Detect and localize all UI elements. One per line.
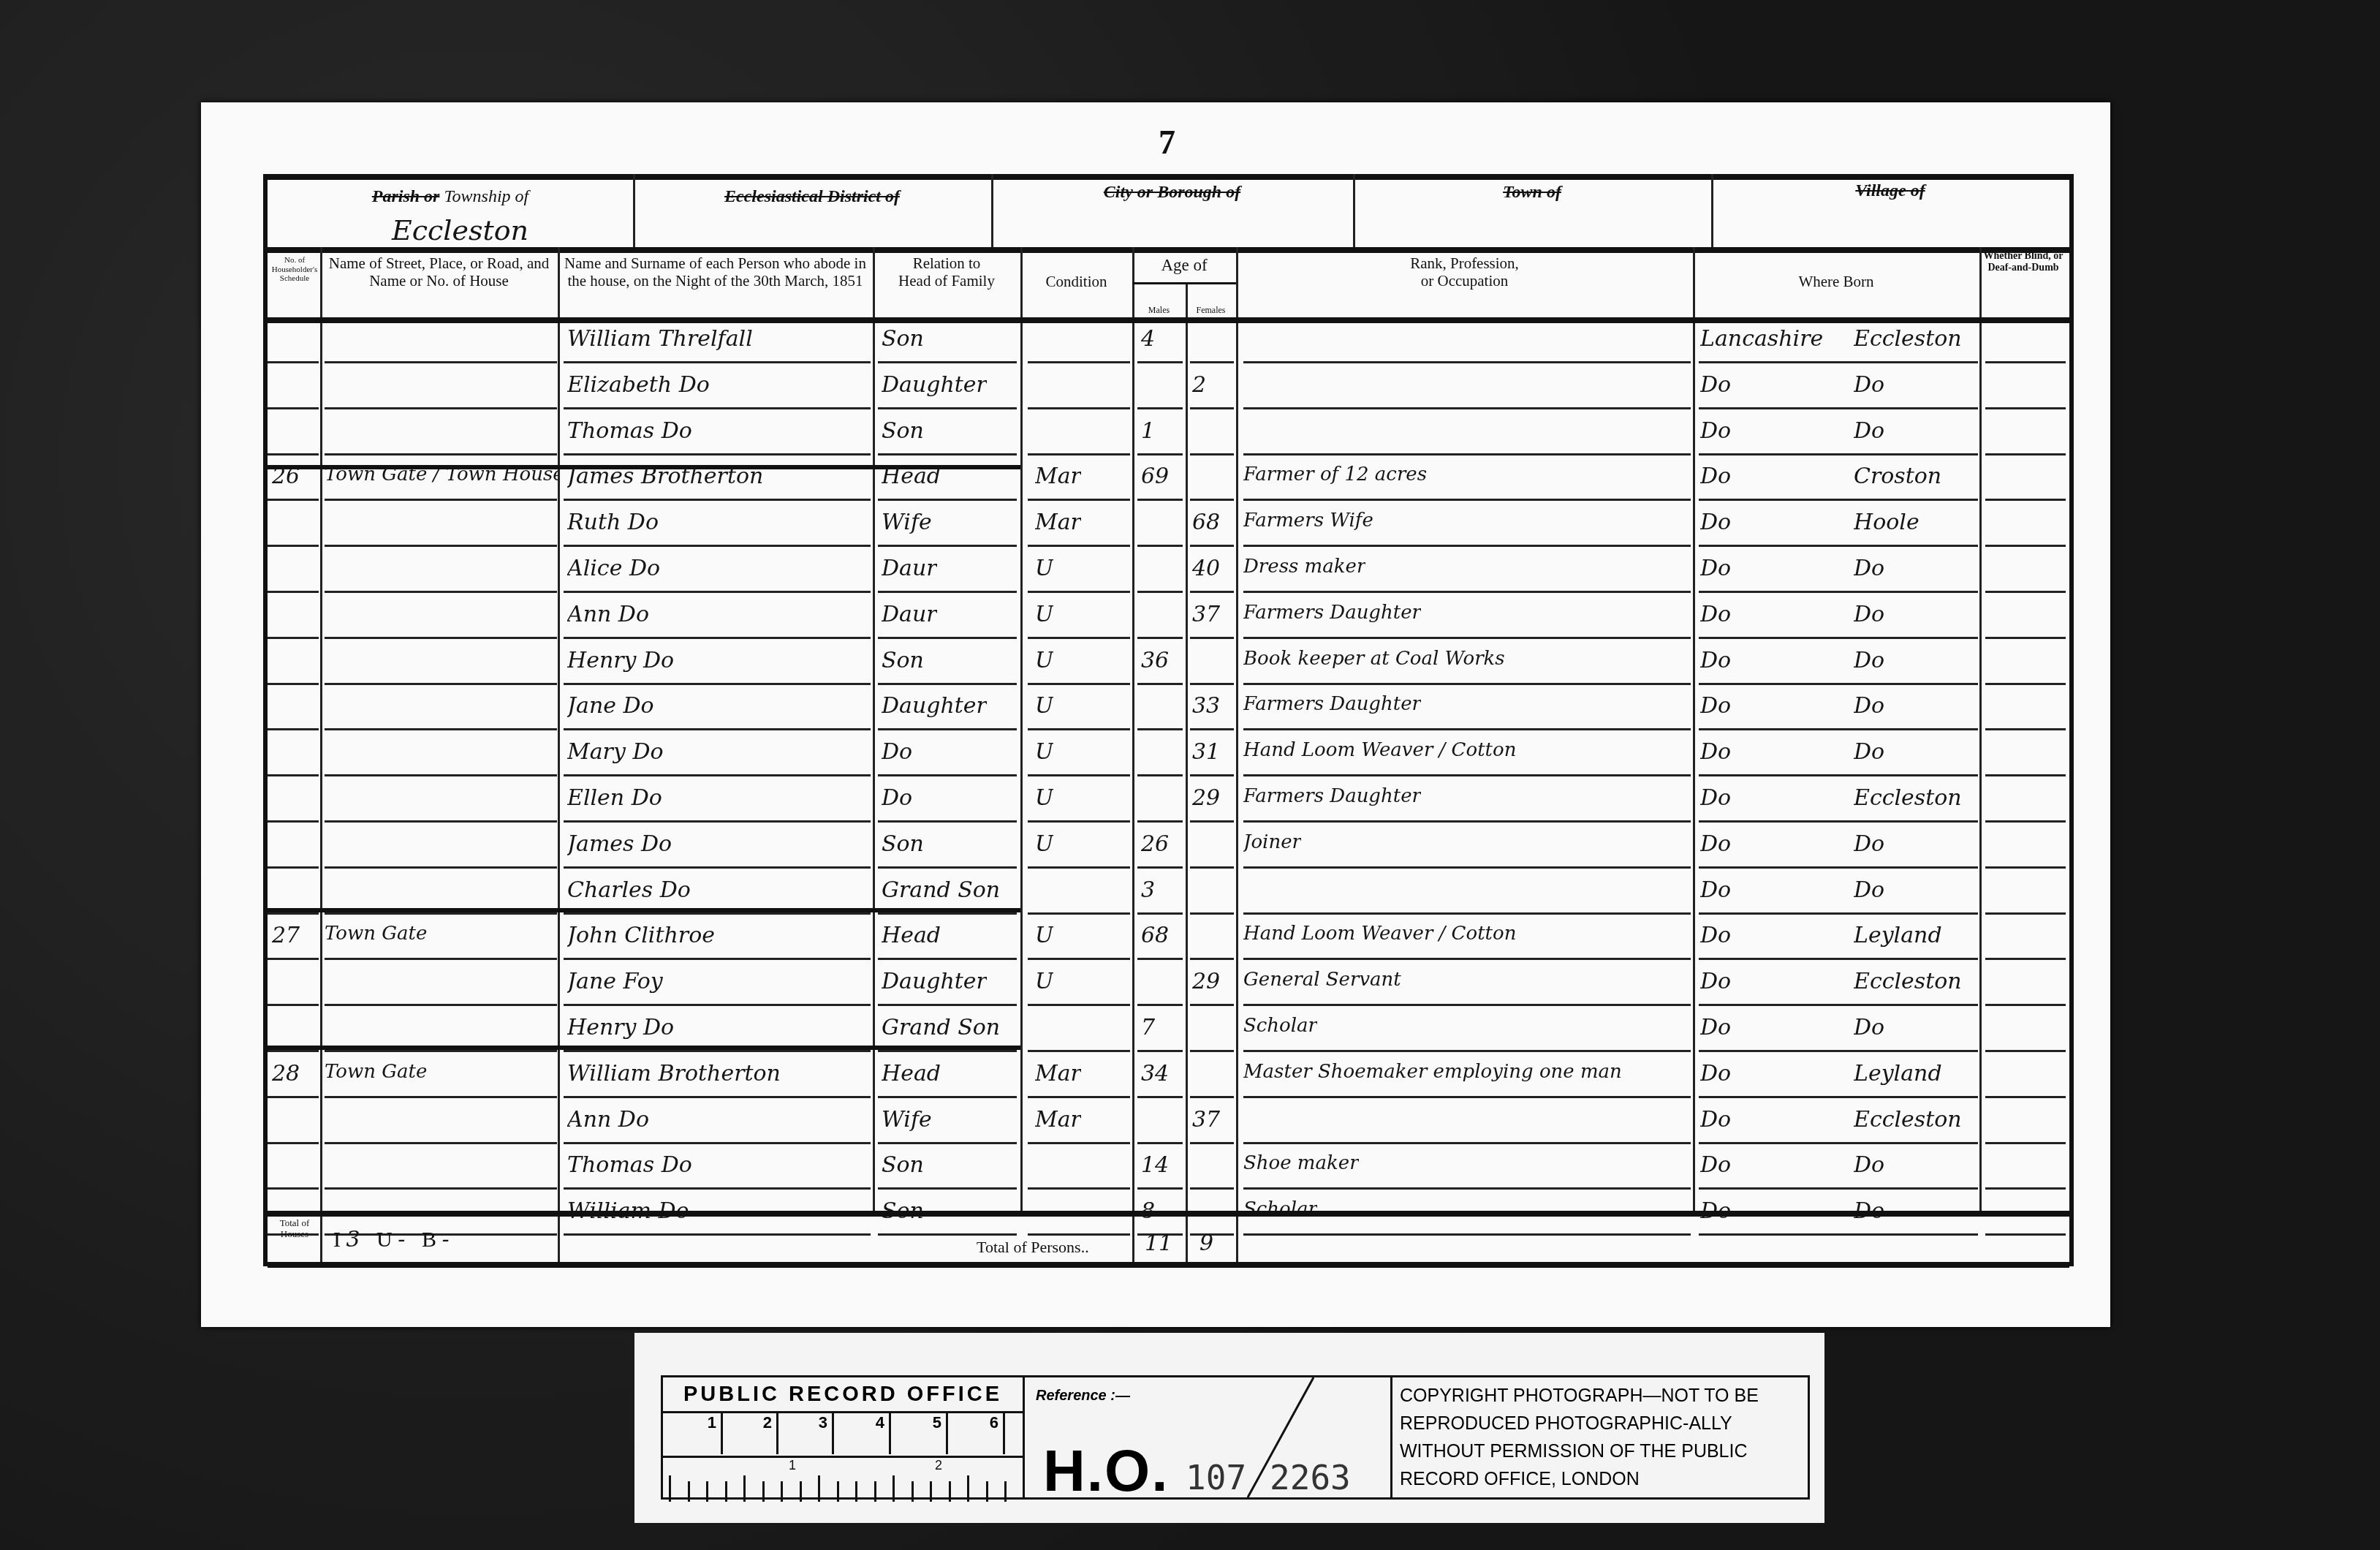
row-rule <box>325 407 557 409</box>
row-rule <box>1985 912 2066 915</box>
row-rule <box>325 912 557 915</box>
row-rule <box>878 820 1017 823</box>
cell-occupation: Hand Loom Weaver / Cotton <box>1243 739 1516 761</box>
divider <box>633 174 635 247</box>
ruler-mark: 6 <box>948 1413 1005 1454</box>
row-rule <box>1699 1050 1978 1052</box>
cell-relation: Son <box>882 326 924 352</box>
row-rule <box>1243 1233 1691 1236</box>
cell-relation: Wife <box>882 510 932 535</box>
cell-born-county: Do <box>1700 785 1731 811</box>
table-row: Henry DoGrand Son7ScholarDoDo <box>268 1009 2069 1054</box>
cell-street: Town Gate <box>325 923 427 945</box>
cell-name: Thomas Do <box>567 1152 692 1178</box>
table-row: Charles DoGrand Son3DoDo <box>268 872 2069 917</box>
ruler-tick <box>874 1481 876 1502</box>
cell-born-place: Do <box>1854 1152 1884 1178</box>
page-number: 7 <box>1159 123 1175 162</box>
table-row: Alice DoDaurU40Dress makerDoDo <box>268 550 2069 595</box>
row-rule <box>1137 591 1183 593</box>
cell-name: Ann Do <box>567 602 649 627</box>
row-rule <box>1699 774 1978 776</box>
row-rule <box>878 1096 1017 1098</box>
row-rule <box>1028 453 1130 455</box>
ruler-tick <box>781 1481 783 1502</box>
row-rule <box>1028 637 1130 639</box>
cell-occupation: Book keeper at Coal Works <box>1243 648 1505 670</box>
uninhabited-count: - <box>398 1227 405 1252</box>
cell-born-county: Do <box>1700 969 1731 994</box>
inhabited-prefix: I <box>333 1228 341 1252</box>
row-rule <box>268 453 319 455</box>
cell-occupation: Scholar <box>1243 1015 1317 1037</box>
cell-occupation: Master Shoemaker employing one man <box>1243 1061 1622 1083</box>
cell-born-county: Do <box>1700 877 1731 903</box>
row-rule <box>1243 683 1691 685</box>
cell-name: James Brotherton <box>567 464 763 489</box>
row-rule <box>564 1142 871 1144</box>
row-rule <box>878 1233 1017 1236</box>
ruler-tick <box>855 1481 857 1502</box>
row-rule <box>1028 958 1130 960</box>
cell-relation: Grand Son <box>882 1015 1000 1040</box>
cell-condition: Mar <box>1035 1061 1081 1086</box>
table-row: Henry DoSonU36Book keeper at Coal WorksD… <box>268 642 2069 687</box>
header-name: Name and Surname of each Person who abod… <box>558 254 873 290</box>
cell-name: William Threlfall <box>567 326 753 352</box>
cell-schedule: 27 <box>272 923 300 948</box>
table-row: James DoSonU26JoinerDoDo <box>268 825 2069 871</box>
cell-condition: U <box>1035 648 1053 673</box>
row-rule <box>1137 361 1183 363</box>
row-rule <box>1699 1187 1978 1190</box>
cell-born-place: Croston <box>1854 464 1941 489</box>
cell-condition: U <box>1035 923 1053 948</box>
row-rule <box>268 361 319 363</box>
row-rule <box>268 820 319 823</box>
header-born: Where Born <box>1693 273 1979 290</box>
total-females: 9 <box>1200 1230 1213 1256</box>
total-houses-label: Total of Houses <box>269 1218 320 1240</box>
cell-female-age: 37 <box>1192 1107 1220 1133</box>
row-rule <box>1243 407 1691 409</box>
row-rule <box>564 728 871 730</box>
cell-name: Henry Do <box>567 648 674 673</box>
row-rule <box>564 866 871 869</box>
row-rule <box>1699 958 1978 960</box>
cell-name: Elizabeth Do <box>567 372 710 398</box>
ruler-tick <box>892 1475 895 1502</box>
row-rule <box>1243 545 1691 547</box>
cell-schedule: 28 <box>272 1061 300 1086</box>
row-rule <box>1699 1142 1978 1144</box>
cell-condition: U <box>1035 693 1053 719</box>
cell-relation: Daughter <box>882 372 987 398</box>
cell-condition: U <box>1035 969 1053 994</box>
row-rule <box>1137 728 1183 730</box>
reference-piece: 2263 <box>1270 1458 1351 1497</box>
table-row: Thomas DoSon14Shoe makerDoDo <box>268 1146 2069 1192</box>
cell-relation: Daughter <box>882 693 987 719</box>
reference-label: Reference :— <box>1036 1388 1130 1405</box>
row-rule <box>1985 1233 2066 1236</box>
row-rule <box>878 728 1017 730</box>
cell-name: Jane Do <box>567 693 654 719</box>
row-rule <box>1985 683 2066 685</box>
cell-condition: U <box>1035 739 1053 765</box>
cell-female-age: 31 <box>1192 739 1220 765</box>
row-rule <box>1243 774 1691 776</box>
row-rule <box>325 1050 557 1052</box>
row-rule <box>564 545 871 547</box>
cell-born-place: Do <box>1854 1015 1884 1040</box>
row-rule <box>1028 1142 1130 1144</box>
cell-male-age: 4 <box>1141 326 1155 352</box>
row-rule <box>1190 1142 1234 1144</box>
cell-name: Henry Do <box>567 1015 674 1040</box>
header-street: Name of Street, Place, or Road, and Name… <box>320 254 558 290</box>
table-row: Ann DoDaurU37Farmers DaughterDoDo <box>268 596 2069 641</box>
ruler-tick <box>930 1481 932 1502</box>
cell-born-county: Do <box>1700 1015 1731 1040</box>
ecclesiastical-label: Ecclesiastical District of <box>633 187 991 208</box>
cell-male-age: 14 <box>1141 1152 1169 1178</box>
row-rule <box>1699 453 1978 455</box>
cell-male-age: 26 <box>1141 831 1169 857</box>
row-rule <box>1028 728 1130 730</box>
row-rule <box>1190 545 1234 547</box>
ruler-tick <box>967 1475 969 1502</box>
row-rule <box>1243 1187 1691 1190</box>
row-rule <box>1699 1096 1978 1098</box>
cell-condition: U <box>1035 602 1053 627</box>
copyright-notice: COPYRIGHT PHOTOGRAPH—NOT TO BE REPRODUCE… <box>1390 1377 1808 1497</box>
row-rule <box>878 453 1017 455</box>
cell-relation: Daur <box>882 602 937 627</box>
row-rule <box>1243 1004 1691 1006</box>
row-rule <box>1985 1187 2066 1190</box>
table-row: Mary DoDoU31Hand Loom Weaver / CottonDoD… <box>268 733 2069 779</box>
header-blind: Whether Blind, or Deaf-and-Dumb <box>1979 251 2067 274</box>
cell-male-age: 3 <box>1141 877 1155 903</box>
ruler-tick <box>912 1481 914 1502</box>
row-rule <box>1243 499 1691 501</box>
cell-name: Ellen Do <box>567 785 662 811</box>
row-rule <box>1137 1187 1183 1190</box>
row-rule <box>564 1096 871 1098</box>
row-rule <box>564 912 871 915</box>
row-rule <box>1137 1050 1183 1052</box>
row-rule <box>1137 774 1183 776</box>
cell-name: Thomas Do <box>567 418 692 444</box>
ruler-mark: 1 <box>663 1413 723 1454</box>
cell-born-county: Do <box>1700 831 1731 857</box>
cell-relation: Wife <box>882 1107 932 1133</box>
inch-mark: 2 <box>935 1458 942 1473</box>
cell-male-age: 68 <box>1141 923 1169 948</box>
cell-name: Charles Do <box>567 877 691 903</box>
cell-female-age: 40 <box>1192 556 1220 581</box>
parish-label: Parish or Township of <box>268 187 633 208</box>
cell-born-place: Eccleston <box>1854 969 1962 994</box>
cell-condition: Mar <box>1035 1107 1081 1133</box>
cell-schedule: 26 <box>272 464 300 489</box>
row-rule <box>1243 958 1691 960</box>
row-rule <box>1243 728 1691 730</box>
cell-occupation: Farmers Daughter <box>1243 785 1421 807</box>
cell-born-place: Do <box>1854 877 1884 903</box>
row-rule <box>1028 1096 1130 1098</box>
row-rule <box>878 637 1017 639</box>
row-rule <box>268 774 319 776</box>
cell-born-county: Do <box>1700 739 1731 765</box>
row-rule <box>268 545 319 547</box>
row-rule <box>564 637 871 639</box>
row-rule <box>878 912 1017 915</box>
cell-born-county: Lancashire <box>1700 326 1823 352</box>
row-rule <box>1985 1142 2066 1144</box>
cell-born-county: Do <box>1700 923 1731 948</box>
row-rule <box>1028 912 1130 915</box>
cell-name: Ruth Do <box>567 510 659 535</box>
cell-born-place: Do <box>1854 648 1884 673</box>
cell-female-age: 29 <box>1192 785 1220 811</box>
row-rule <box>1028 361 1130 363</box>
row-rule <box>325 1187 557 1190</box>
row-rule <box>1190 1187 1234 1190</box>
row-rule <box>1028 1233 1130 1236</box>
row-rule <box>268 728 319 730</box>
cell-name: Alice Do <box>567 556 660 581</box>
uninhabited-prefix: U <box>376 1228 393 1252</box>
cell-born-county: Do <box>1700 648 1731 673</box>
row-rule <box>1028 866 1130 869</box>
row-rule <box>325 728 557 730</box>
row-rule <box>564 1233 871 1236</box>
row-rule <box>1699 912 1978 915</box>
ruler-tick <box>800 1481 802 1502</box>
row-rule <box>878 361 1017 363</box>
cell-relation: Do <box>882 739 912 765</box>
ruler-tick <box>725 1481 727 1502</box>
row-rule <box>268 591 319 593</box>
divider <box>1132 282 1236 284</box>
row-rule <box>325 637 557 639</box>
row-rule <box>878 1187 1017 1190</box>
total-houses: I 3 U - B - <box>333 1227 450 1252</box>
cell-born-place: Eccleston <box>1854 326 1962 352</box>
cell-name: John Clithroe <box>567 923 715 948</box>
cell-street: Town Gate / Town House <box>325 464 558 485</box>
table-row: Ellen DoDoU29Farmers DaughterDoEccleston <box>268 779 2069 825</box>
row-rule <box>878 407 1017 409</box>
row-rule <box>268 1187 319 1190</box>
row-rule <box>1985 958 2066 960</box>
row-rule <box>325 820 557 823</box>
row-rule <box>1985 1096 2066 1098</box>
row-rule <box>564 820 871 823</box>
cell-born-place: Do <box>1854 602 1884 627</box>
ruler-tick <box>986 1481 988 1502</box>
row-rule <box>268 1050 319 1052</box>
cell-name: Jane Foy <box>567 969 663 994</box>
row-rule <box>1985 545 2066 547</box>
row-rule <box>878 545 1017 547</box>
building-count: - <box>441 1227 449 1252</box>
cell-born-place: Leyland <box>1854 1061 1942 1086</box>
row-rule <box>878 1004 1017 1006</box>
row-rule <box>1028 1187 1130 1190</box>
row-rule <box>325 545 557 547</box>
row-rule <box>1985 1004 2066 1006</box>
row-rule <box>878 866 1017 869</box>
table-row: Ann DoWifeMar37DoEccleston <box>268 1101 2069 1146</box>
row-rule <box>325 361 557 363</box>
header-condition: Condition <box>1020 273 1132 290</box>
row-rule <box>1985 407 2066 409</box>
row-rule <box>325 866 557 869</box>
row-rule <box>1190 912 1234 915</box>
cell-occupation: Dress maker <box>1243 556 1365 578</box>
cell-occupation: General Servant <box>1243 969 1401 991</box>
cell-name: Mary Do <box>567 739 664 765</box>
ruler-tick <box>669 1475 671 1502</box>
cell-relation: Daur <box>882 556 937 581</box>
ruler-mark: 3 <box>778 1413 834 1454</box>
building-prefix: B <box>422 1228 436 1252</box>
table-row: Jane DoDaughterU33Farmers DaughterDoDo <box>268 687 2069 733</box>
cell-occupation: Joiner <box>1243 831 1301 853</box>
row-rule <box>268 1142 319 1144</box>
cell-born-place: Hoole <box>1854 510 1919 535</box>
cell-occupation: Scholar <box>1243 1198 1317 1220</box>
ruler-mark: 2 <box>723 1413 778 1454</box>
row-rule <box>564 683 871 685</box>
cell-born-place: Do <box>1854 831 1884 857</box>
cell-born-county: Do <box>1700 372 1731 398</box>
row-rule <box>1028 407 1130 409</box>
cell-born-county: Do <box>1700 602 1731 627</box>
row-rule <box>268 407 319 409</box>
header-schedule: No. of Householder's Schedule <box>269 256 320 284</box>
table-row: Thomas DoSon1DoDo <box>268 412 2069 458</box>
cell-born-county: Do <box>1700 556 1731 581</box>
row-rule <box>325 1004 557 1006</box>
ruler-ticks: 1 2 <box>663 1456 1023 1502</box>
row-rule <box>325 958 557 960</box>
cell-relation: Grand Son <box>882 877 1000 903</box>
row-rule <box>268 1096 319 1098</box>
row-rule <box>878 1050 1017 1052</box>
row-rule <box>1243 820 1691 823</box>
row-rule <box>1190 361 1234 363</box>
row-rule <box>1699 1004 1978 1006</box>
row-rule <box>1699 499 1978 501</box>
row-rule <box>1137 820 1183 823</box>
row-rule <box>1137 866 1183 869</box>
total-males: 11 <box>1145 1230 1172 1256</box>
row-rule <box>268 958 319 960</box>
cell-born-county: Do <box>1700 510 1731 535</box>
ruler-mark: 5 <box>891 1413 948 1454</box>
divider <box>268 174 2069 180</box>
village-label: Village of <box>1711 181 2069 202</box>
cell-relation: Head <box>882 1061 941 1086</box>
cell-condition: Mar <box>1035 510 1081 535</box>
cell-condition: U <box>1035 785 1053 811</box>
row-rule <box>268 1004 319 1006</box>
cell-female-age: 37 <box>1192 602 1220 627</box>
row-rule <box>1243 1050 1691 1052</box>
ruler-tick <box>818 1475 820 1502</box>
town-label: Town of <box>1353 183 1711 203</box>
row-rule <box>878 774 1017 776</box>
row-rule <box>1985 361 2066 363</box>
cell-born-place: Leyland <box>1854 923 1942 948</box>
row-rule <box>1985 728 2066 730</box>
row-rule <box>1243 1096 1691 1098</box>
cell-born-place: Do <box>1854 739 1884 765</box>
row-rule <box>1028 545 1130 547</box>
parish-value: Eccleston <box>392 214 528 246</box>
cell-born-place: Do <box>1854 556 1884 581</box>
cell-male-age: 36 <box>1141 648 1169 673</box>
row-rule <box>1985 453 2066 455</box>
row-rule <box>325 499 557 501</box>
row-rule <box>1985 499 2066 501</box>
row-rule <box>1985 637 2066 639</box>
row-rule <box>1190 1050 1234 1052</box>
row-rule <box>1028 499 1130 501</box>
cell-condition: Mar <box>1035 464 1081 489</box>
cell-occupation: Farmer of 12 acres <box>1243 464 1427 485</box>
row-rule <box>1699 361 1978 363</box>
cell-male-age: 69 <box>1141 464 1169 489</box>
inch-mark: 1 <box>789 1458 796 1473</box>
cell-relation: Son <box>882 418 924 444</box>
row-rule <box>1190 958 1234 960</box>
row-rule <box>1985 774 2066 776</box>
row-rule <box>1190 683 1234 685</box>
row-rule <box>1243 361 1691 363</box>
row-rule <box>1028 1004 1130 1006</box>
row-rule <box>1028 820 1130 823</box>
row-rule <box>564 499 871 501</box>
cell-relation: Son <box>882 831 924 857</box>
cell-male-age: 7 <box>1141 1015 1155 1040</box>
row-rule <box>325 591 557 593</box>
cell-name: William Brotherton <box>567 1061 781 1086</box>
row-rule <box>325 774 557 776</box>
city-label: City or Borough of <box>991 183 1353 203</box>
divider <box>268 1211 2069 1217</box>
row-rule <box>268 499 319 501</box>
row-rule <box>268 637 319 639</box>
row-rule <box>1137 407 1183 409</box>
row-rule <box>1137 912 1183 915</box>
cell-occupation: Shoe maker <box>1243 1152 1359 1174</box>
row-rule <box>1137 499 1183 501</box>
row-rule <box>1699 1233 1978 1236</box>
row-rule <box>1137 1004 1183 1006</box>
ruler-tick <box>837 1481 839 1502</box>
cell-female-age: 2 <box>1192 372 1206 398</box>
row-rule <box>564 453 871 455</box>
table-row: 27Town GateJohn ClithroeHeadU68Hand Loom… <box>268 917 2069 962</box>
cell-relation: Head <box>882 464 941 489</box>
row-rule <box>325 1142 557 1144</box>
row-rule <box>1699 407 1978 409</box>
